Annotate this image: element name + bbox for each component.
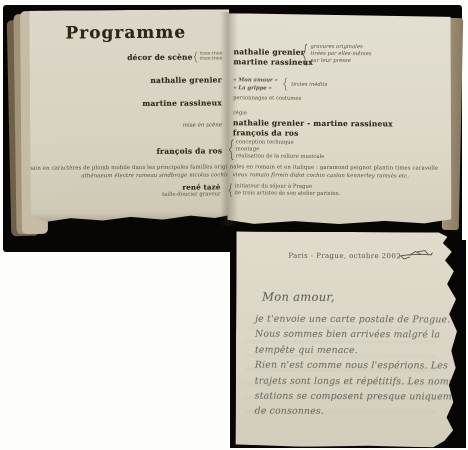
role-francois-da-ros: françois da ros [157,146,223,155]
photo-of-open-book: Programme décor de scène train-train tra… [0,0,468,450]
programme-right-page: nathalie grenier martine rassineux gravu… [227,13,452,228]
brace-icon [283,78,287,91]
letter-line: je t'envoie une carte postale de Prague. [255,312,468,328]
role-decor-de-scene: décor de scène [127,53,192,62]
letter-line: Nous sommes bien arrivées malgré la [255,327,468,343]
works-note: textes inédits [291,82,327,89]
letter-line: tempête qui menace. [255,342,468,358]
credit-rene-taze-role: taille-doucier graveur [162,191,221,198]
programme-left-page: Programme décor de scène train-train tra… [29,9,230,222]
letter-line: de consonnes. [255,404,468,420]
team-notes: gravures originales tirées par elles-mêm… [310,44,371,65]
brace-icon [194,52,198,63]
brace-icon [302,44,307,66]
work-titles: « Mon amour » « La grippe » [233,76,278,92]
misc-notes: conception technique montage réalisation… [236,139,325,161]
costumes-line: personnages et costumes [233,95,301,102]
letter-line: Rien n'est comme nous l'espérions. Les [255,358,468,374]
team-names: nathalie grenier martine rassineux [233,47,313,67]
role-nathalie-grenier: nathalie grenier [150,75,221,84]
composition-line2-left: athénaeum électre rameau sindbrage nicol… [81,172,229,179]
credit-rene-taze: rené tazé [182,182,220,191]
book-spine-shadow [220,12,238,226]
role-mise-en-scene: mise en scène [183,122,222,128]
taze-notes: initiateur du séjour à Prague de trois a… [234,183,340,198]
postcard-dateline: Paris - Prague, octobre 2002 [288,252,401,260]
composition-line1-right: nales en romain et en italique : garamon… [230,164,439,171]
composition-line1-left: composition à la main en caractères de p… [0,164,229,172]
postcard-salutation: Mon amour, [262,290,335,304]
postcard-body: je t'envoie une carte postale de Prague.… [255,312,468,421]
letter-line: stations se composent presque uniquement [255,389,468,405]
role-martine-rassineux: martine rassineux [142,98,222,108]
programme-title: Programme [65,23,186,44]
misc-names: nathalie grenier - martine rassineux fra… [233,118,393,139]
biplane-icon [396,247,434,262]
letter-line: trajets sont longs et répétitifs. Les no… [255,373,468,389]
composition-line2-right: vieux romain firmin didot cochin caslon … [233,172,410,179]
postcard-page: Paris - Prague, octobre 2002 Mon amour, … [236,232,459,448]
